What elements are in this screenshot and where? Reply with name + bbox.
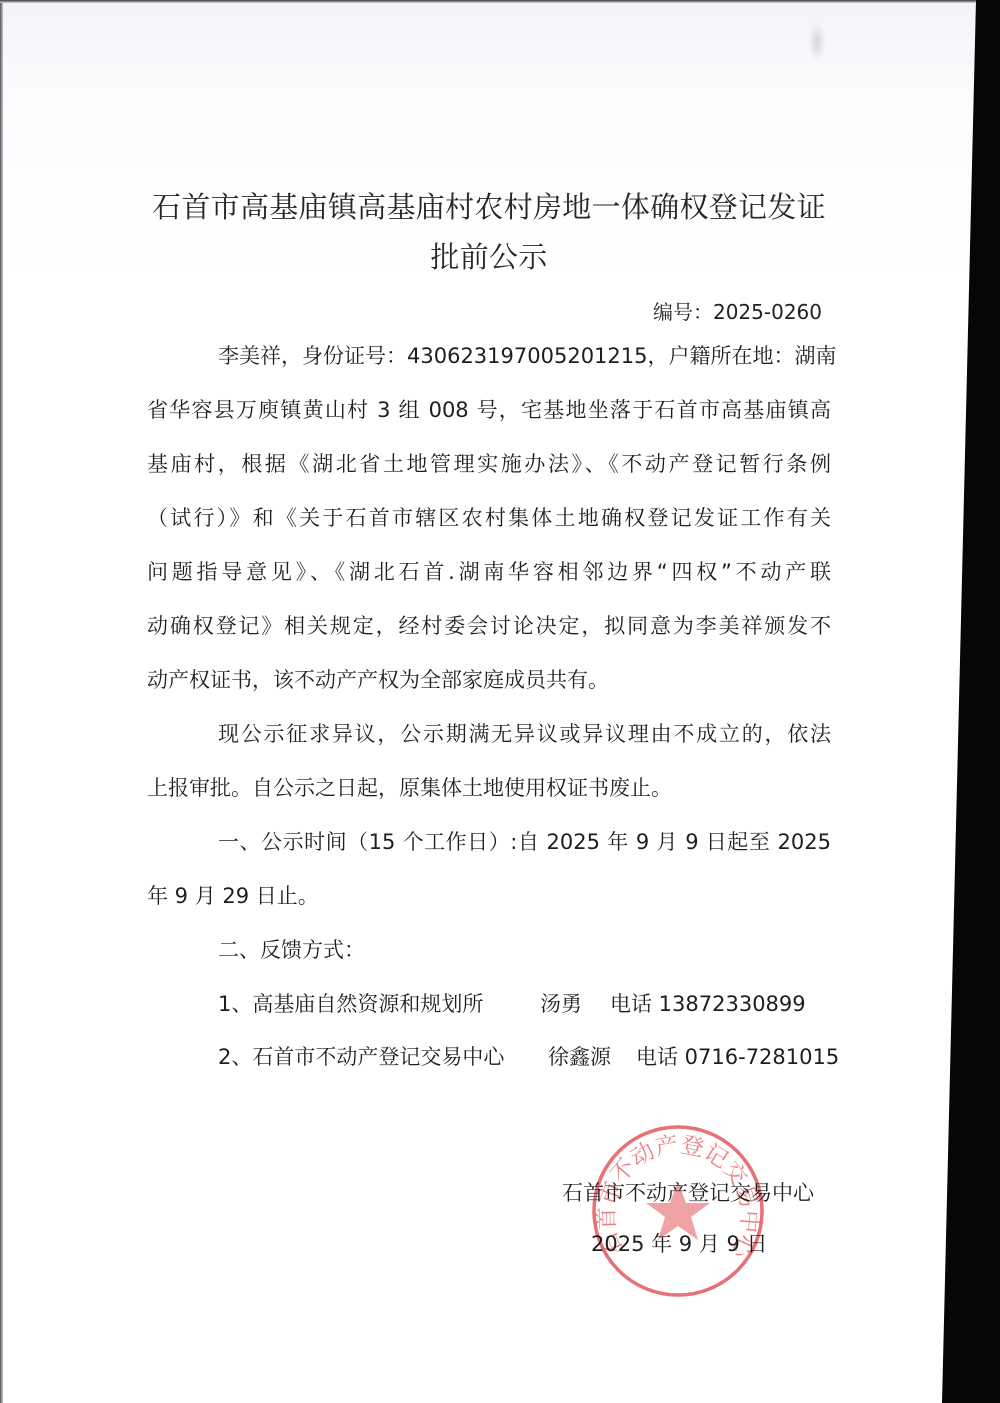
- document-number: 编号：2025-0260: [653, 296, 822, 325]
- publicity-period-line-1: 一、公示时间（15 个工作日）:自 2025 年 9 月 9 日起至 2025: [218, 832, 831, 853]
- official-seal: 石首市不动产登记交易中心: [590, 1123, 766, 1299]
- contact-phone: 电话 0716-7281015: [636, 1047, 839, 1068]
- contact-row-2: 2、石首市不动产登记交易中心徐鑫源电话 0716-7281015: [218, 1047, 839, 1068]
- contact-person: 汤勇: [540, 994, 610, 1015]
- contact-org: 1、高基庙自然资源和规划所: [218, 994, 540, 1015]
- document-title-line-2: 批前公示: [148, 243, 830, 272]
- contact-person: 徐鑫源: [548, 1047, 636, 1068]
- signing-organization: 石首市不动产登记交易中心: [562, 1177, 814, 1207]
- body-line-3: 基庙村，根据《湖北省土地管理实施办法》、《不动产登记暂行条例: [147, 454, 831, 475]
- body-line-1: 李美祥，身份证号：430623197005201215，户籍所在地：湖南: [218, 346, 831, 367]
- paper-page: 石首市高基庙镇高基庙村农村房地一体确权登记发证 批前公示 编号：2025-026…: [0, 0, 1000, 1403]
- contact-phone: 电话 13872330899: [610, 994, 806, 1015]
- body-line-6: 动确权登记》相关规定，经村委会讨论决定，拟同意为李美祥颁发不: [147, 616, 831, 637]
- body-line-9: 上报审批。自公示之日起，原集体土地使用权证书废止。: [147, 778, 672, 799]
- signing-date: 2025 年 9 月 9 日: [591, 1228, 768, 1258]
- body-line-7: 动产权证书，该不动产产权为全部家庭成员共有。: [147, 670, 609, 691]
- contact-row-1: 1、高基庙自然资源和规划所汤勇电话 13872330899: [218, 994, 806, 1015]
- body-line-2: 省华容县万庾镇黄山村 3 组 008 号，宅基地坐落于石首市高基庙镇高: [147, 400, 831, 421]
- notice-document: 石首市高基庙镇高基庙村农村房地一体确权登记发证 批前公示 编号：2025-026…: [0, 0, 1000, 1403]
- feedback-heading: 二、反馈方式：: [218, 940, 365, 961]
- publicity-period-line-2: 年 9 月 29 日止。: [147, 886, 319, 907]
- document-title-line-1: 石首市高基庙镇高基庙村农村房地一体确权登记发证: [148, 193, 830, 222]
- body-line-4: （试行）》和《关于石首市辖区农村集体土地确权登记发证工作有关: [147, 508, 831, 529]
- contact-org: 2、石首市不动产登记交易中心: [218, 1047, 548, 1068]
- scanned-document: 石首市高基庙镇高基庙村农村房地一体确权登记发证 批前公示 编号：2025-026…: [0, 0, 1000, 1403]
- body-line-5: 问题指导意见》、《湖北石首.湖南华容相邻边界“四权”不动产联: [147, 562, 831, 583]
- body-line-8: 现公示征求异议，公示期满无异议或异议理由不成立的，依法: [218, 724, 831, 745]
